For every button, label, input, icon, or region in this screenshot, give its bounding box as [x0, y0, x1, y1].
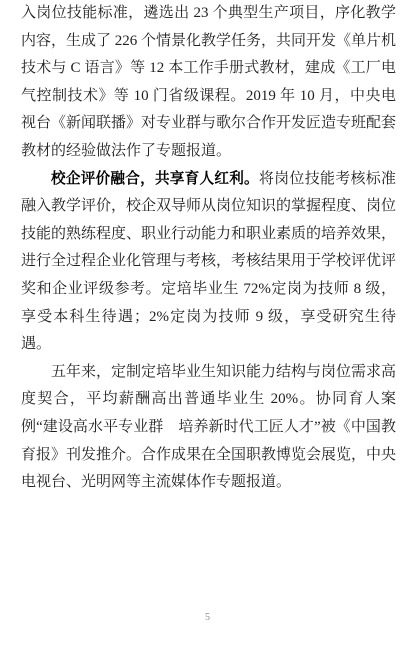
- page-number: 5: [0, 612, 415, 623]
- paragraph-evaluation: 校企评价融合，共享育人红利。将岗位技能考核标准融入教学评价，校企双导师从岗位知识…: [21, 166, 396, 359]
- paragraph-evaluation-body: 将岗位技能考核标准融入教学评价，校企双导师从岗位知识的掌握程度、岗位技能的熟练程…: [21, 171, 396, 353]
- paragraph-results: 五年来，定制定培毕业生知识能力结构与岗位需求高度契合，平均薪酬高出普通毕业生 2…: [21, 359, 396, 497]
- text-block: 入岗位技能标准，遴选出 23 个典型生产项目，序化教学内容，生成了 226 个情…: [21, 0, 396, 497]
- paragraph-evaluation-heading: 校企评价融合，共享育人红利。: [51, 171, 259, 187]
- document-page: 入岗位技能标准，遴选出 23 个典型生产项目，序化教学内容，生成了 226 个情…: [0, 0, 415, 647]
- paragraph-continuation: 入岗位技能标准，遴选出 23 个典型生产项目，序化教学内容，生成了 226 个情…: [21, 0, 396, 166]
